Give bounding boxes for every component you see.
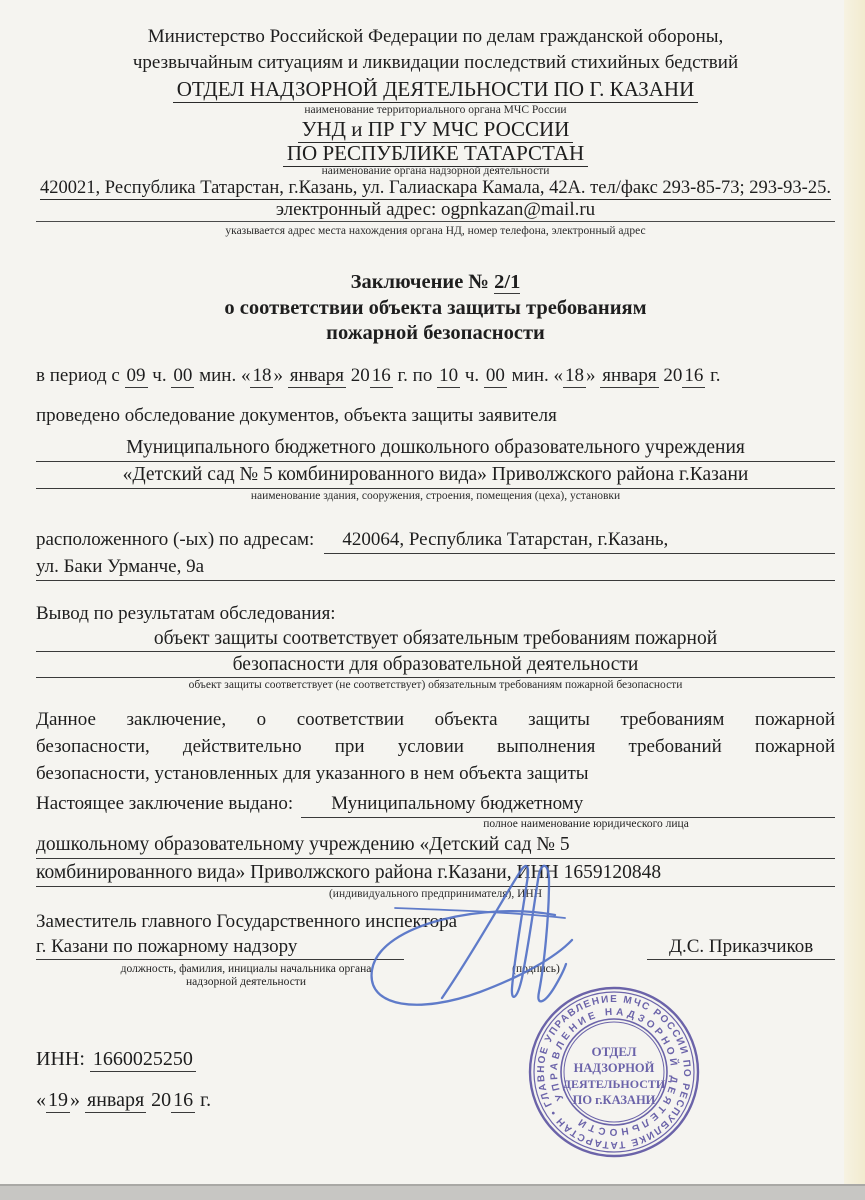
hour-to: 10	[437, 365, 460, 388]
issued-row: Настоящее заключение выдано: Муниципальн…	[36, 790, 835, 818]
signature-captions-row: должность, фамилия, инициалы начальника …	[36, 963, 835, 976]
validity-line-1: Данное заключение, о соответствии объект…	[36, 706, 835, 733]
location-row: расположенного (-ых) по адресам: 420064,…	[36, 527, 835, 554]
ministry-line-1: Министерство Российской Федерации по дел…	[36, 24, 835, 50]
inn-row: ИНН: 1660025250	[36, 1047, 835, 1071]
document-title: Заключение № 2/1 о соответствии объекта …	[36, 270, 835, 347]
document-number: 2/1	[494, 271, 520, 294]
signer-position-line-2: г. Казани по пожарному надзору	[36, 934, 404, 960]
conclusion-line-1: объект защиты соответствует обязательным…	[36, 626, 835, 652]
stamp-center-line-3: ДЕЯТЕЛЬНОСТИ	[563, 1077, 666, 1091]
issue-date-row: «19» января 2016 г.	[36, 1088, 835, 1112]
validity-line-3: безопасности, установленных для указанно…	[36, 760, 835, 787]
ministry-line-2: чрезвычайным ситуациям и ликвидации посл…	[36, 50, 835, 76]
month-to: января	[600, 365, 658, 388]
surveyed-statement: проведено обследование документов, объек…	[36, 404, 835, 428]
stamp-center-line-1: ОТДЕЛ	[591, 1044, 636, 1059]
scanned-document-page: Министерство Российской Федерации по дел…	[0, 0, 865, 1200]
address-caption: указывается адрес места нахождения орган…	[36, 224, 835, 238]
object-caption: наименование здания, сооружения, строени…	[36, 489, 835, 503]
org-address-line: 420021, Республика Татарстан, г.Казань, …	[36, 178, 835, 199]
minute-to: 00	[484, 365, 507, 388]
org-email-line: электронный адрес: ogpnkazan@mail.ru	[36, 199, 835, 222]
issued-label: Настоящее заключение выдано:	[36, 790, 301, 818]
title-line-1: Заключение № 2/1	[36, 270, 835, 296]
signer-name: Д.С. Приказчиков	[647, 934, 835, 960]
location-label: расположенного (-ых) по адресам:	[36, 527, 324, 554]
stamp-center-line-2: НАДЗОРНОЙ	[574, 1061, 655, 1075]
protected-object-block: Муниципального бюджетного дошкольного об…	[36, 435, 835, 503]
issued-caption-2: (индивидуального предпринимателя), ИНН	[36, 887, 835, 901]
issue-day: 19	[46, 1089, 70, 1113]
month-from: января	[288, 365, 346, 388]
inn-label: ИНН:	[36, 1048, 90, 1070]
issued-caption-1: полное наименование юридического лица	[346, 818, 826, 831]
object-name-line-2: «Детский сад № 5 комбинированного вида» …	[36, 462, 835, 489]
stamp-center-line-4: ПО г.КАЗАНИ	[573, 1093, 656, 1107]
location-value-line-2: ул. Баки Урманче, 9а	[36, 554, 835, 581]
day-from: 18	[250, 365, 273, 388]
org-name-line-1: УНД и ПР ГУ МЧС РОССИИ	[36, 117, 835, 141]
day-to: 18	[563, 365, 586, 388]
issued-value-line-2: дошкольному образовательному учреждению …	[36, 831, 835, 859]
year-to: 16	[682, 365, 705, 388]
scan-edge-bottom	[0, 1184, 865, 1200]
validity-paragraph: Данное заключение, о соответствии объект…	[36, 706, 835, 787]
department-name: ОТДЕЛ НАДЗОРНОЙ ДЕЯТЕЛЬНОСТИ ПО Г. КАЗАН…	[36, 76, 835, 103]
signature-caption: (подпись)	[476, 963, 596, 976]
year-from: 16	[370, 365, 393, 388]
issue-year: 16	[171, 1089, 195, 1113]
position-caption-line-2: надзорной деятельности	[36, 976, 456, 989]
inspection-period: в период с 09 ч. 00 мин. «18» января 201…	[36, 364, 835, 388]
signer-position-line-1: Заместитель главного Государственного ин…	[36, 910, 835, 934]
issue-month: января	[85, 1089, 146, 1113]
scan-edge-right	[844, 0, 865, 1200]
location-value-line-1: 420064, Республика Татарстан, г.Казань,	[324, 527, 835, 554]
org-name-line-2: ПО РЕСПУБЛИКЕ ТАТАРСТАН	[36, 141, 835, 165]
document-content: Министерство Российской Федерации по дел…	[36, 24, 835, 1112]
minute-from: 00	[171, 365, 194, 388]
inn-value: 1660025250	[90, 1048, 196, 1072]
validity-line-2: безопасности, действительно при условии …	[36, 733, 835, 760]
signature-space	[404, 934, 648, 960]
hour-from: 09	[125, 365, 148, 388]
org-caption: наименование органа надзорной деятельнос…	[36, 165, 835, 178]
object-name-line-1: Муниципального бюджетного дошкольного об…	[36, 435, 835, 462]
signature-row: г. Казани по пожарному надзору Д.С. Прик…	[36, 934, 835, 960]
conclusion-label: Вывод по результатам обследования:	[36, 602, 835, 626]
position-caption-line-1: должность, фамилия, инициалы начальника …	[36, 963, 456, 976]
issued-value-line-1: Муниципальному бюджетному	[301, 790, 835, 818]
title-line-3: пожарной безопасности	[36, 321, 835, 347]
title-line-2: о соответствии объекта защиты требования…	[36, 296, 835, 322]
official-round-stamp: ГЛАВНОЕ УПРАВЛЕНИЕ МЧС РОССИИ ПО РЕСПУБЛ…	[524, 982, 704, 1162]
issued-value-line-3: комбинированного вида» Приволжского райо…	[36, 859, 835, 887]
conclusion-caption: объект защиты соответствует (не соответс…	[36, 678, 835, 692]
department-caption: наименование территориального органа МЧС…	[36, 103, 835, 117]
conclusion-line-2: безопасности для образовательной деятель…	[36, 652, 835, 678]
